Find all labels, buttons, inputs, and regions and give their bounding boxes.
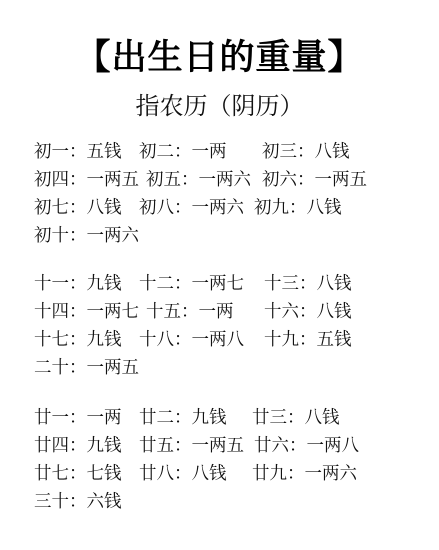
entry: 廿二九钱 bbox=[139, 404, 227, 432]
entry: 初三八钱 bbox=[262, 138, 350, 166]
entry: 初九八钱 bbox=[254, 194, 342, 222]
page-title: 【出生日的重量】 bbox=[0, 30, 439, 80]
entry: 三十六钱 bbox=[34, 488, 122, 516]
entry: 廿八八钱 bbox=[139, 460, 227, 488]
entry: 初八一两六 bbox=[139, 194, 244, 222]
entry: 十五一两 bbox=[146, 298, 234, 326]
entry: 十七九钱 bbox=[34, 326, 122, 354]
entry: 廿三八钱 bbox=[252, 404, 340, 432]
entry: 初五一两六 bbox=[146, 166, 251, 194]
entry: 二十一两五 bbox=[34, 354, 139, 382]
entry: 十九五钱 bbox=[264, 326, 352, 354]
entry: 十六八钱 bbox=[264, 298, 352, 326]
entry: 十二一两七 bbox=[139, 270, 244, 298]
entry: 十一九钱 bbox=[34, 270, 122, 298]
entry: 廿七七钱 bbox=[34, 460, 122, 488]
entry: 廿六一两八 bbox=[254, 432, 359, 460]
entry: 初十一两六 bbox=[34, 222, 139, 250]
entry: 廿一一两 bbox=[34, 404, 122, 432]
entry: 十八一两八 bbox=[139, 326, 244, 354]
entry: 十四一两七 bbox=[34, 298, 139, 326]
entry: 初四一两五 bbox=[34, 166, 139, 194]
entry: 初一五钱 bbox=[34, 138, 122, 166]
page-subtitle: 指农历（阴历） bbox=[0, 86, 439, 121]
entry: 廿四九钱 bbox=[34, 432, 122, 460]
entry: 初六一两五 bbox=[262, 166, 367, 194]
entry: 廿九一两六 bbox=[252, 460, 357, 488]
entry: 十三八钱 bbox=[264, 270, 352, 298]
entry: 廿五一两五 bbox=[139, 432, 244, 460]
entry: 初二一两 bbox=[139, 138, 227, 166]
entry: 初七八钱 bbox=[34, 194, 122, 222]
